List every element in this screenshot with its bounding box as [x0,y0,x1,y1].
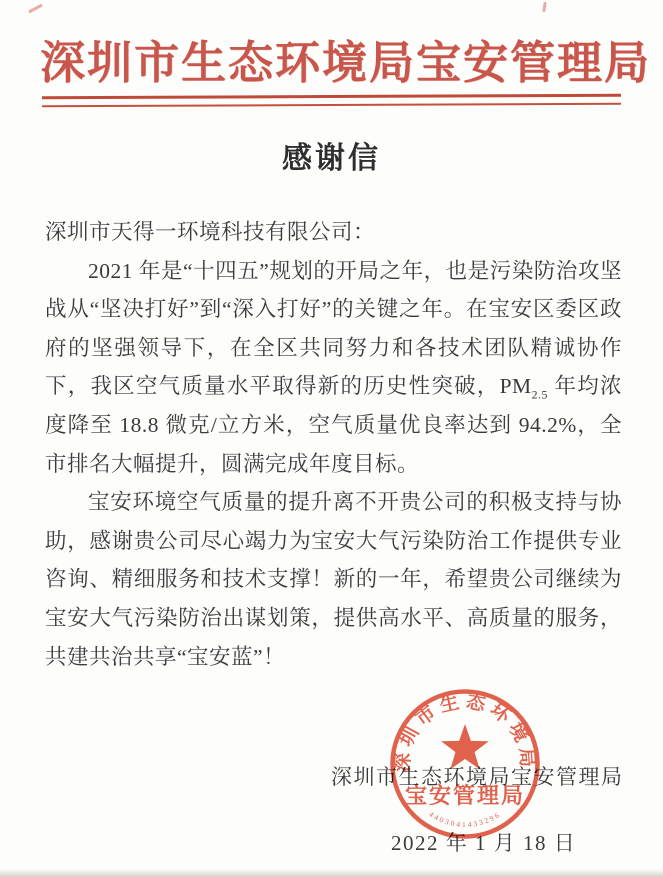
scan-artifact [28,4,43,14]
paragraph-1: 2021 年是“十四五”规划的开局之年，也是污染防治攻坚战从“坚决打好”到“深入… [45,252,622,484]
signature-date: 2022 年 1 月 18 日 [391,827,576,857]
letter-body: 深圳市天得一环境科技有限公司： 2021 年是“十四五”规划的开局之年，也是污染… [45,213,622,676]
scan-artifact [542,2,546,12]
signature-org-name: 深圳市生态环境局宝安管理局 [331,761,624,791]
pm25-subscript: 2.5 [532,388,548,402]
letterhead-rule [42,94,621,108]
paragraph-1-text-before-pm: 2021 年是“十四五”规划的开局之年，也是污染防治攻坚战从“坚决打好”到“深入… [45,259,622,399]
paragraph-2: 宝安环境空气质量的提升离不开贵公司的积极支持与协助，感谢贵公司尽心竭力为宝安大气… [45,483,622,676]
salutation: 深圳市天得一环境科技有限公司： [45,213,622,252]
letter-title: 感谢信 [0,133,663,177]
letterhead-title: 深圳市生态环境局宝安管理局 [40,26,623,91]
scanned-letter-page: 深圳市生态环境局宝安管理局 感谢信 深圳市天得一环境科技有限公司： 2021 年… [0,0,663,877]
